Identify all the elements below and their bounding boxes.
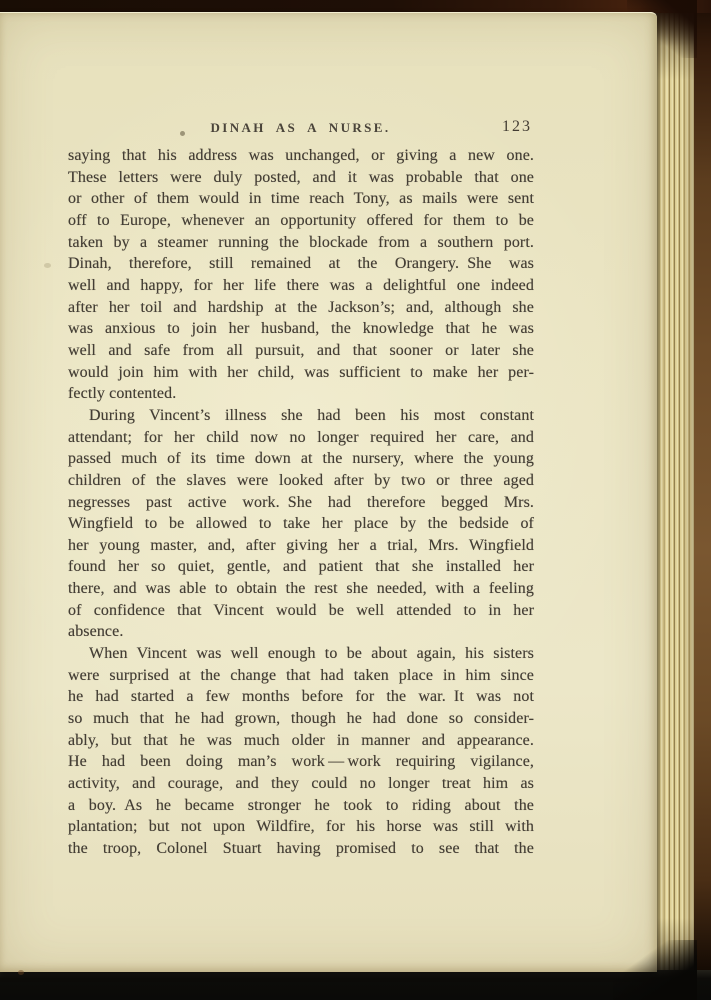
- text-line: after her toil and hardship at the Jacks…: [68, 297, 534, 319]
- fore-edge-shading: [656, 12, 694, 986]
- paragraph: saying that his address was unchanged, o…: [68, 145, 534, 405]
- text-line: When Vincent was well enough to be about…: [68, 643, 534, 665]
- text-line: were surprised at the change that had ta…: [68, 665, 534, 687]
- backdrop-bottom-band: [0, 970, 711, 1000]
- running-header: DINAH AS A NURSE. 123: [68, 120, 533, 140]
- bottom-right-corner-shadow: [613, 940, 697, 1000]
- text-line: Wingfield to be allowed to take her plac…: [68, 513, 534, 535]
- book-cover-strip: [692, 0, 711, 1000]
- text-line: children of the slaves were looked after…: [68, 470, 534, 492]
- scan-speck: [44, 263, 51, 268]
- text-line: During Vincent’s illness she had been hi…: [68, 405, 534, 427]
- page-number: 123: [502, 118, 532, 136]
- text-line: plantation; but not upon Wildfire, for h…: [68, 816, 534, 838]
- text-line: well and happy, for her life there was a…: [68, 275, 534, 297]
- text-line: would join him with her child, was suffi…: [68, 362, 534, 384]
- scan-speck: [18, 970, 24, 975]
- paragraph: During Vincent’s illness she had been hi…: [68, 405, 534, 643]
- text-line: absence.: [68, 621, 534, 643]
- book-page: DINAH AS A NURSE. 123 saying that his ad…: [0, 12, 657, 972]
- text-line: passed much of its time down at the nurs…: [68, 448, 534, 470]
- running-header-title: DINAH AS A NURSE.: [68, 120, 533, 136]
- text-line: her young master, and, after giving her …: [68, 535, 534, 557]
- text-line: attendant; for her child now no longer r…: [68, 427, 534, 449]
- text-line: taken by a steamer running the blockade …: [68, 232, 534, 254]
- text-line: These letters were duly posted, and it w…: [68, 167, 534, 189]
- text-line: activity, and courage, and they could no…: [68, 773, 534, 795]
- text-line: the troop, Colonel Stuart having promise…: [68, 838, 534, 860]
- text-line: ably, but that he was much older in mann…: [68, 730, 534, 752]
- text-line: so much that he had grown, though he had…: [68, 708, 534, 730]
- text-line: was anxious to join her husband, the kno…: [68, 318, 534, 340]
- text-line: there, and was able to obtain the rest s…: [68, 578, 534, 600]
- text-line: or other of them would in time reach Ton…: [68, 188, 534, 210]
- body-text: saying that his address was unchanged, o…: [68, 145, 534, 860]
- text-line: off to Europe, whenever an opportunity o…: [68, 210, 534, 232]
- text-line: a boy. As he became stronger he took to …: [68, 795, 534, 817]
- text-line: Dinah, therefore, still remained at the …: [68, 253, 534, 275]
- text-line: well and safe from all pursuit, and that…: [68, 340, 534, 362]
- text-line: he had started a few months before for t…: [68, 686, 534, 708]
- text-line: of confidence that Vincent would be well…: [68, 600, 534, 622]
- text-line: fectly contented.: [68, 383, 534, 405]
- text-line: He had been doing man’s work — work requ…: [68, 751, 534, 773]
- book-fore-edge-pages: [655, 12, 694, 986]
- paragraph: When Vincent was well enough to be about…: [68, 643, 534, 860]
- text-line: saying that his address was unchanged, o…: [68, 145, 534, 167]
- text-line: found her so quiet, gentle, and patient …: [68, 556, 534, 578]
- text-line: negresses past active work. She had ther…: [68, 492, 534, 514]
